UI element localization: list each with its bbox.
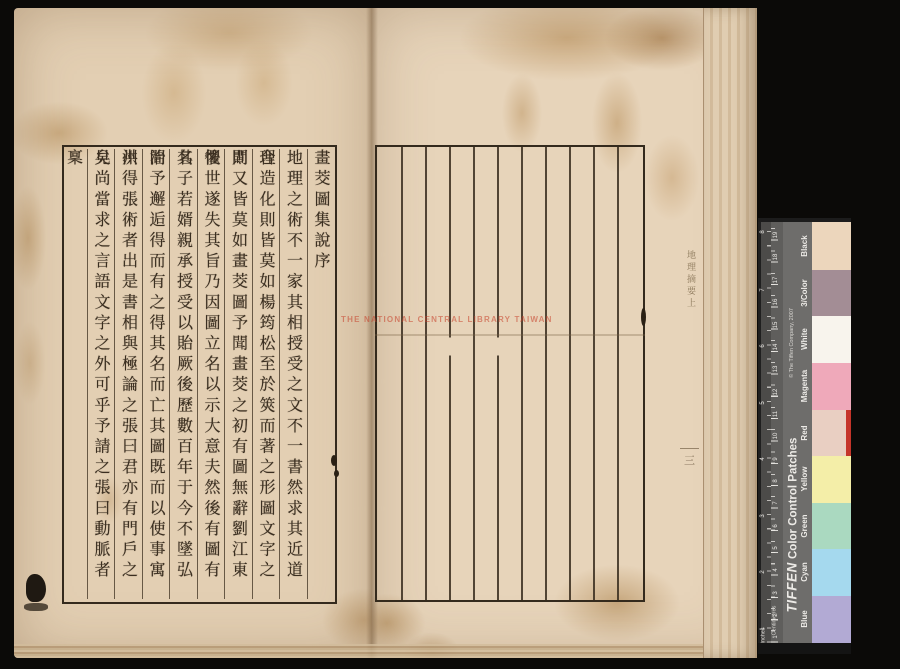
cm-ruler-number: 8 bbox=[772, 473, 780, 489]
inch-ruler-number: 3 bbox=[759, 508, 767, 524]
cm-ruler-number: 5 bbox=[772, 540, 780, 556]
red-patch-edge bbox=[846, 410, 851, 456]
column-rule bbox=[449, 147, 451, 600]
cm-ruler-number: 15 bbox=[772, 317, 780, 333]
cm-ruler-number: 6 bbox=[772, 518, 780, 534]
text-column: 合造化則皆莫如楊筠松至於筴而著之形圖文字之間 bbox=[252, 149, 281, 599]
folio-tick-line bbox=[680, 448, 699, 449]
color-patch-yellow bbox=[812, 456, 851, 503]
patch-label-green: Green bbox=[800, 501, 810, 551]
text-column: 州得張術者出是書相與極論之張曰君亦有門戶之見 bbox=[114, 149, 143, 599]
cm-ruler-number: 19 bbox=[772, 227, 780, 243]
inch-ruler-number: 2 bbox=[759, 564, 767, 580]
patch-label-blue: Blue bbox=[800, 594, 810, 644]
card-end-cap bbox=[758, 643, 851, 654]
color-patch-3color bbox=[812, 270, 851, 316]
column-rule bbox=[593, 147, 595, 600]
column-rule bbox=[425, 147, 427, 600]
text-column: 矣尚當求之言語文字之外可乎予請之張曰動脈者稟 bbox=[87, 149, 116, 599]
card-brand-title: TIFFEN Color Control Patches bbox=[785, 418, 799, 633]
column-rule bbox=[473, 147, 475, 600]
cm-ruler-number: 4 bbox=[772, 562, 780, 578]
folio-page-number: 三 bbox=[684, 452, 695, 468]
patch-label-cyan: Cyan bbox=[800, 547, 810, 597]
patch-label-3color: 3/Color bbox=[800, 268, 810, 318]
inch-ruler-number: 5 bbox=[759, 395, 767, 411]
right-page-ruled-frame bbox=[375, 145, 645, 602]
text-column: 則又皆莫如畫茭圖予聞畫茭之初有圖無辭劉江東懼 bbox=[224, 149, 253, 599]
text-column: 後世遂失其旨乃因圖立名以示大意夫然後有圖有名 bbox=[197, 149, 226, 599]
book-bottom-page-edges bbox=[14, 644, 756, 658]
cm-ruler-number: 13 bbox=[772, 361, 780, 377]
spine-title: 地理摘要上 bbox=[681, 250, 697, 370]
text-column: 其子若婿親承授受以貽厥後歷數百年于今不墜弘治 bbox=[169, 149, 198, 599]
cm-ruler-number: 9 bbox=[772, 451, 780, 467]
patch-label-yellow: Yellow bbox=[800, 454, 810, 504]
inch-ruler-number: 7 bbox=[759, 282, 767, 298]
color-patch-magenta bbox=[812, 363, 851, 410]
column-rule bbox=[521, 147, 523, 600]
inch-ruler-number: 8 bbox=[759, 224, 767, 240]
inch-ruler-number: 4 bbox=[759, 451, 767, 467]
color-patch-red bbox=[812, 410, 851, 456]
text-column: 地理之術不一家其相授受之文不一書然求其近道理 bbox=[279, 149, 308, 599]
ink-blot bbox=[24, 603, 48, 611]
cm-ruler-number: 11 bbox=[772, 406, 780, 422]
cm-ruler-number: 12 bbox=[772, 384, 780, 400]
color-patch-green bbox=[812, 503, 851, 549]
cm-ruler-number: 16 bbox=[772, 294, 780, 310]
column-rule bbox=[401, 147, 403, 600]
ink-spot bbox=[641, 308, 646, 326]
color-patch-white bbox=[812, 316, 851, 363]
patch-label-black: Black bbox=[800, 221, 810, 271]
cm-ruler-number: 17 bbox=[772, 272, 780, 288]
color-patch-black bbox=[812, 222, 851, 270]
left-page-text-frame: 畫茭圖集說序 地理之術不一家其相授受之文不一書然求其近道理 合造化則皆莫如楊筠松… bbox=[62, 145, 337, 604]
column-rule bbox=[545, 147, 547, 600]
column-rule bbox=[617, 147, 619, 600]
cm-ruler-number: 14 bbox=[772, 339, 780, 355]
patch-label-red: Red bbox=[800, 408, 810, 458]
tiffen-logo-text: TIFFEN bbox=[784, 562, 799, 612]
color-patch-cyan bbox=[812, 549, 851, 596]
text-column-title: 畫茭圖集說序 bbox=[307, 149, 336, 599]
column-rule bbox=[569, 147, 571, 600]
card-copyright: © The Tiffen Company, 2007 bbox=[788, 288, 796, 398]
library-stamp-text: THE NATIONAL CENTRAL LIBRARY TAIWAN bbox=[341, 315, 541, 324]
ink-spot bbox=[331, 455, 337, 466]
ink-spot bbox=[334, 470, 339, 477]
cm-ruler-number: 7 bbox=[772, 495, 780, 511]
color-patch-blue bbox=[812, 596, 851, 643]
cm-ruler-number: 10 bbox=[772, 428, 780, 444]
tiffen-color-card: 1 2 3 4 5 6 7 8 9 10 11 12 13 14 15 16 1… bbox=[758, 218, 851, 654]
text-column: 間予邂逅得而有之得其名而亡其圖既而以使事寓洪 bbox=[142, 149, 171, 599]
page-fold-edge bbox=[703, 8, 757, 658]
ink-blot bbox=[26, 574, 46, 602]
column-rule bbox=[497, 147, 499, 600]
card-title-text: Color Control Patches bbox=[787, 438, 799, 563]
inch-ruler-number: 6 bbox=[759, 338, 767, 354]
cm-ruler-number: 18 bbox=[772, 249, 780, 265]
scanned-book-photo: 畫茭圖集說序 地理之術不一家其相授受之文不一書然求其近道理 合造化則皆莫如楊筠松… bbox=[0, 0, 900, 669]
page-crease bbox=[375, 334, 645, 336]
patch-label-white: White bbox=[800, 314, 810, 364]
patch-label-magenta: Magenta bbox=[800, 361, 810, 411]
